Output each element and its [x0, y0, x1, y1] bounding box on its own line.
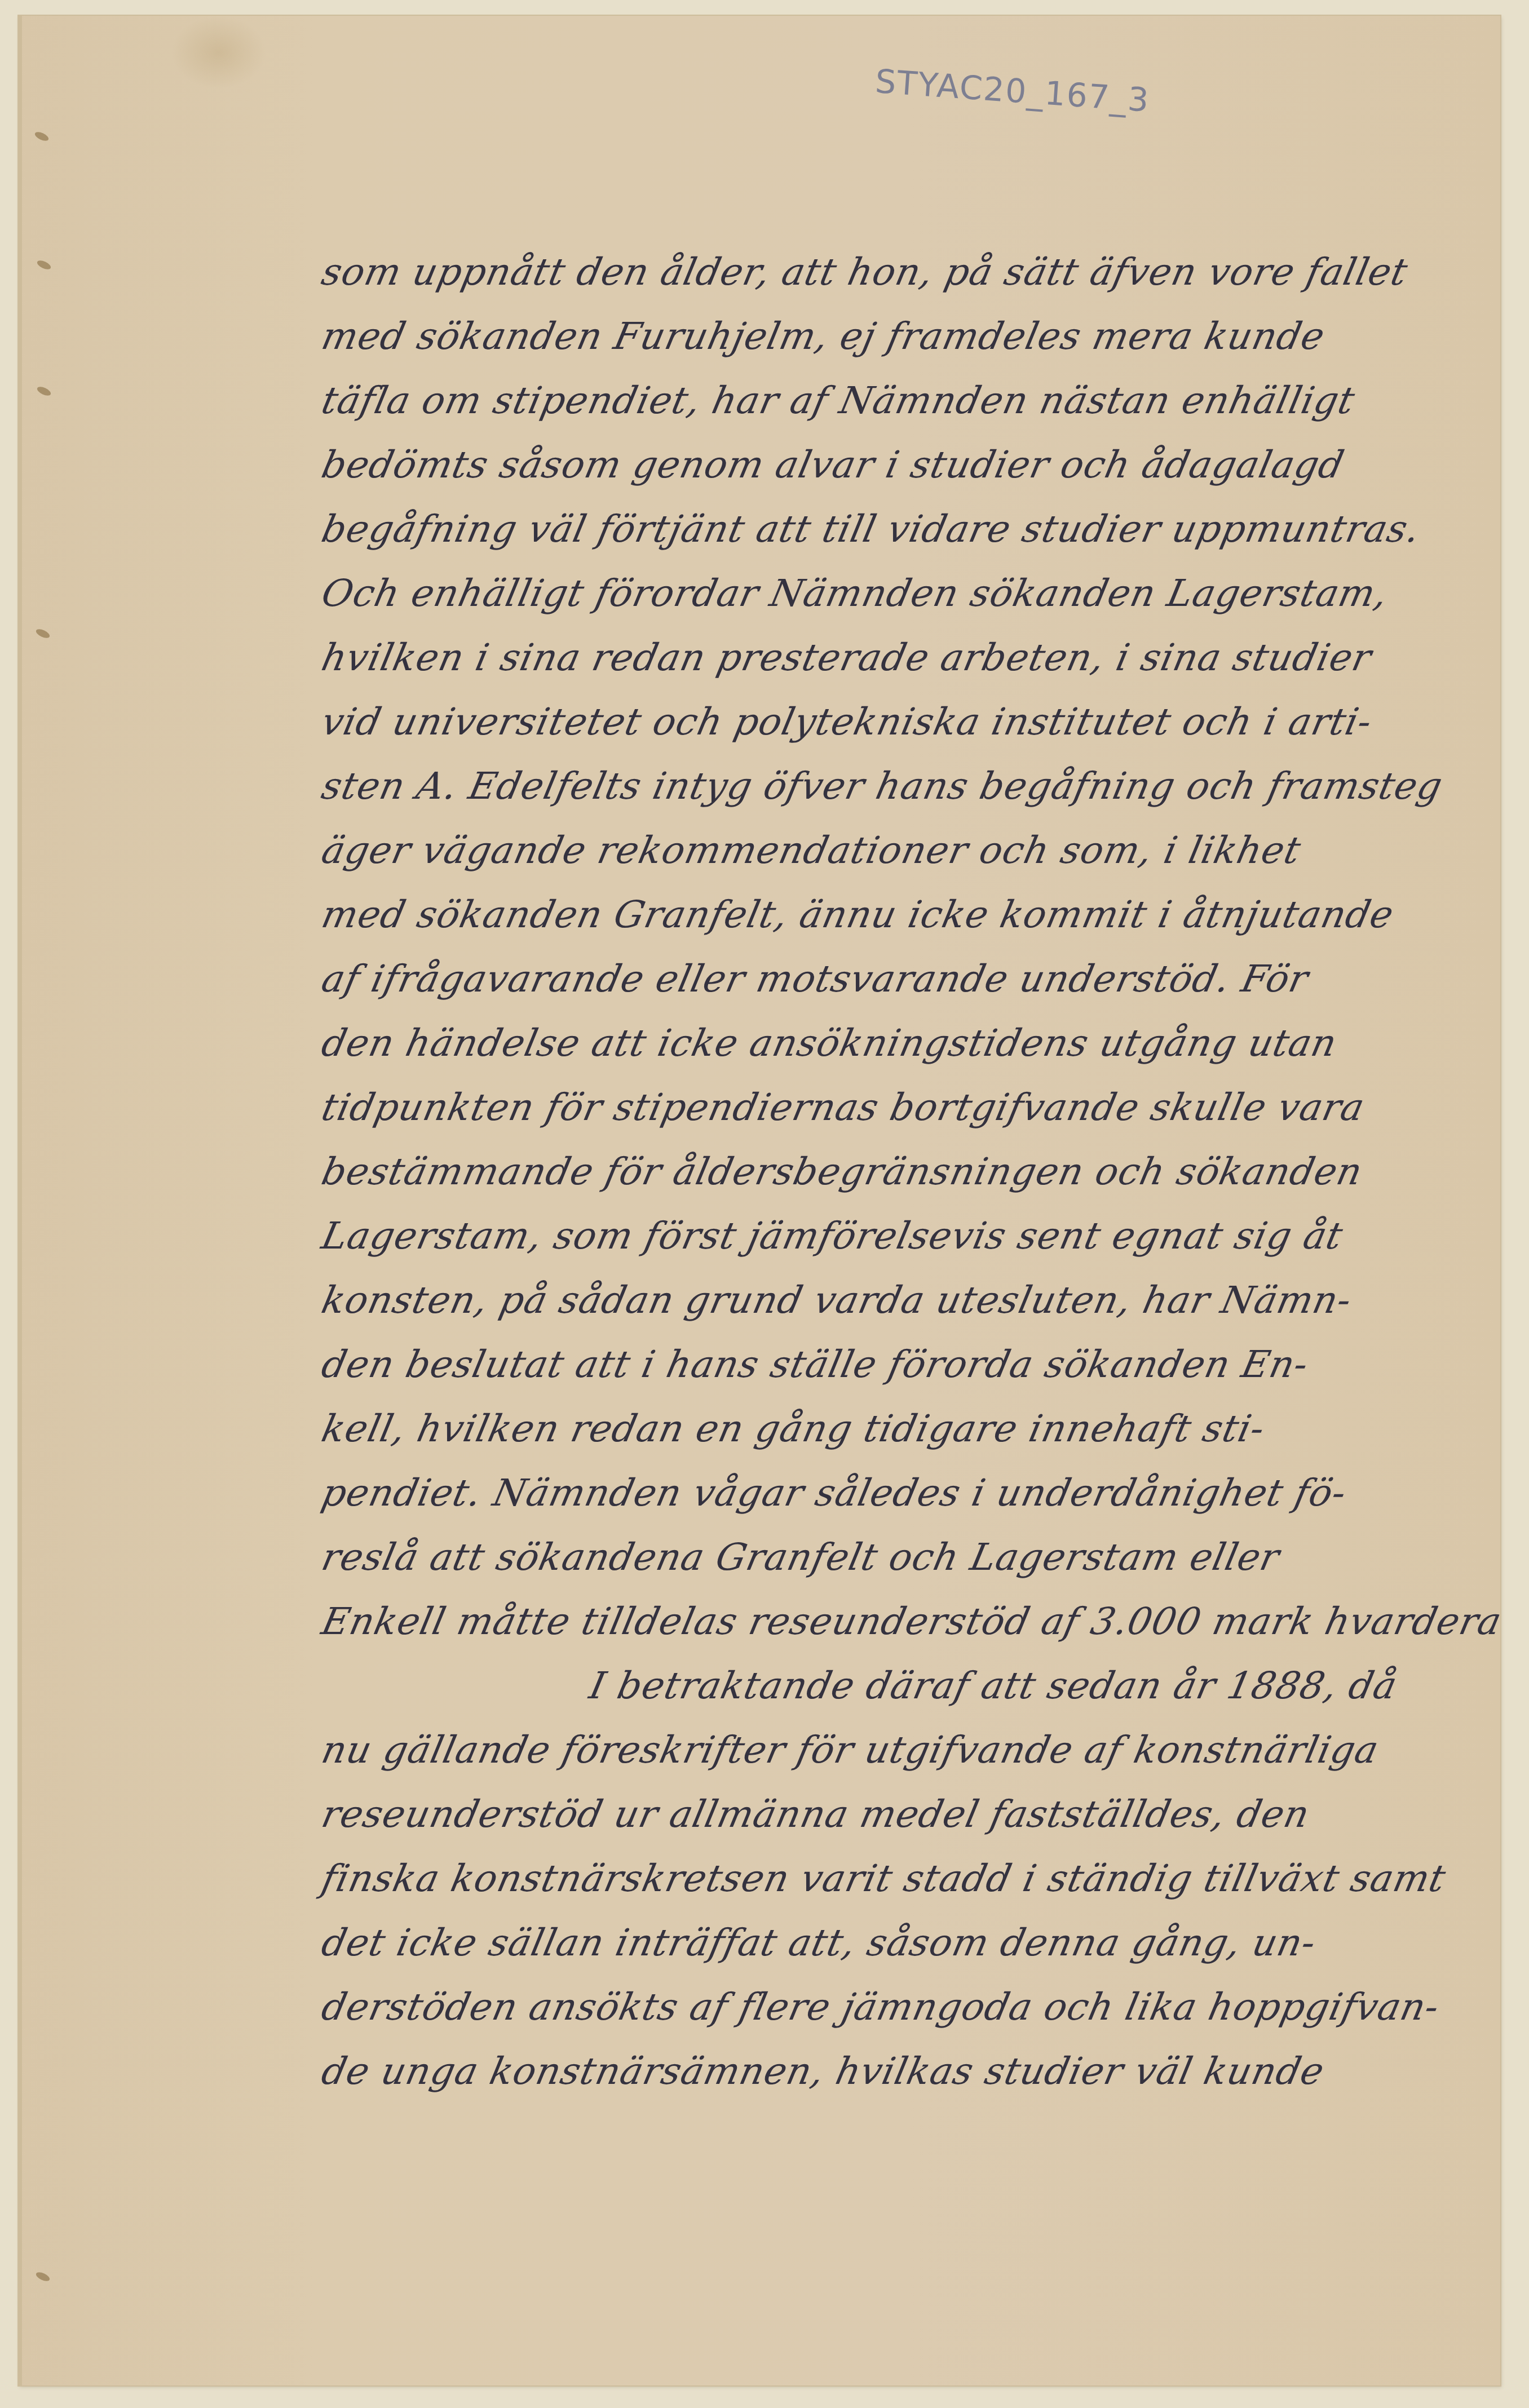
archive-reference-label: STYAC20_167_3	[874, 62, 1151, 119]
text-line-paragraph-start: I betraktande däraf att sedan år 1888, d…	[586, 1667, 1400, 1705]
text-line: Enkell måtte tilldelas reseunderstöd af …	[319, 1603, 1505, 1640]
text-line: bedömts såsom genom alvar i studier och …	[319, 446, 1347, 484]
water-stain	[171, 16, 267, 89]
text-line: derstöden ansökts af flere jämngoda och …	[319, 1989, 1443, 2026]
text-line: vid universitetet och polytekniska insti…	[319, 703, 1376, 741]
text-line: finska konstnärskretsen varit stadd i st…	[319, 1860, 1449, 1897]
text-line: reseunderstöd ur allmänna medel faststäl…	[319, 1796, 1313, 1833]
text-line: nu gällande föreskrifter för utgifvande …	[319, 1732, 1382, 1769]
text-line: som uppnått den ålder, att hon, på sätt …	[319, 254, 1411, 291]
text-line: sten A. Edelfelts intyg öfver hans begåf…	[319, 768, 1446, 805]
text-line: med sökanden Furuhjelm, ej framdeles mer…	[319, 318, 1328, 355]
text-line: bestämmande för åldersbegränsningen och …	[319, 1153, 1366, 1190]
text-line: de unga konstnärsämnen, hvilkas studier …	[319, 2053, 1328, 2090]
binding-hole	[34, 130, 50, 143]
text-line: pendiet. Nämnden vågar således i underdå…	[319, 1475, 1350, 1512]
text-line: kell, hvilken redan en gång tidigare inn…	[319, 1410, 1268, 1448]
text-line: den händelse att icke ansökningstidens u…	[319, 1025, 1340, 1062]
text-line: Lagerstam, som först jämförelsevis sent …	[319, 1218, 1346, 1255]
manuscript-page: STYAC20_167_3	[19, 16, 1500, 2385]
text-line: hvilken i sina redan presterade arbeten,…	[319, 639, 1375, 676]
binding-hole	[35, 627, 51, 640]
binding-hole	[36, 385, 52, 397]
text-line: Och enhälligt förordar Nämnden sökanden …	[319, 575, 1391, 612]
text-line: det icke sällan inträffat att, såsom den…	[319, 1924, 1319, 1962]
text-line: af ifrågavarande eller motsvarande under…	[319, 960, 1312, 998]
binding-hole	[36, 259, 52, 271]
text-line: med sökanden Granfelt, ännu icke kommit …	[319, 896, 1397, 933]
text-line: täfla om stipendiet, har af Nämnden näst…	[319, 382, 1358, 419]
text-line: konsten, på sådan grund varda utesluten,…	[319, 1282, 1355, 1319]
text-line: äger vägande rekommendationer och som, i…	[319, 832, 1304, 869]
binding-hole	[35, 2270, 51, 2283]
text-line: tidpunkten för stipendiernas bortgifvand…	[319, 1089, 1368, 1126]
text-line: den beslutat att i hans ställe förorda s…	[319, 1346, 1311, 1383]
text-line: begåfning väl förtjänt att till vidare s…	[319, 511, 1424, 548]
text-line: reslå att sökandena Granfelt och Lagerst…	[319, 1539, 1283, 1576]
